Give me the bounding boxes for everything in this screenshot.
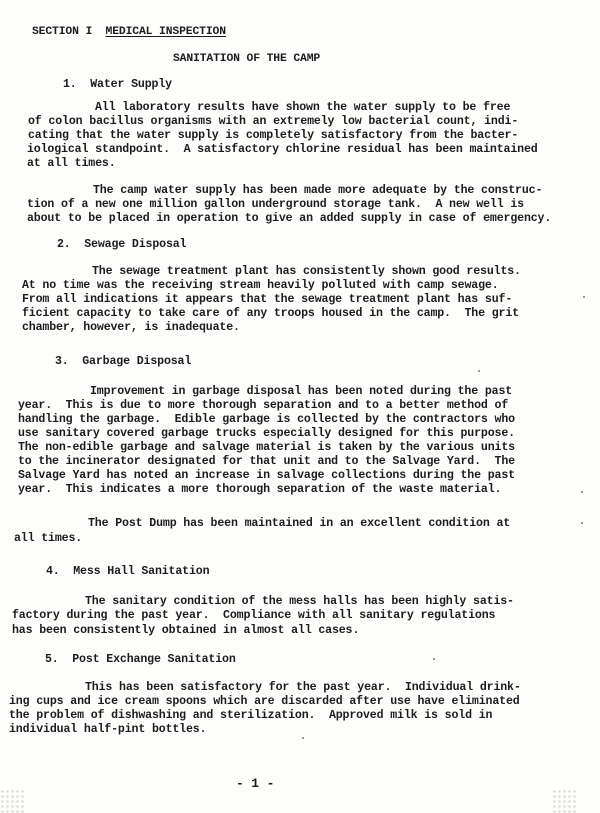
scan-speck bbox=[302, 737, 304, 739]
scan-speck bbox=[581, 522, 583, 524]
section-title: MEDICAL INSPECTION bbox=[106, 26, 226, 38]
scan-speck bbox=[478, 370, 480, 372]
text-line: the problem of dishwashing and steriliza… bbox=[9, 709, 492, 723]
text-line: The Post Dump has been maintained in an … bbox=[88, 517, 510, 531]
subsection-heading-post-exchange-sanitation: 5. Post Exchange Sanitation bbox=[45, 653, 236, 667]
subsection-number: 3. bbox=[55, 355, 69, 368]
text-line: tion of a new one million gallon undergr… bbox=[27, 198, 524, 212]
subsection-heading-sewage-disposal: 2. Sewage Disposal bbox=[57, 238, 186, 252]
text-line: This has been satisfactory for the past … bbox=[85, 681, 521, 695]
text-line: The non-edible garbage and salvage mater… bbox=[18, 441, 515, 455]
document-page: SECTION I MEDICAL INSPECTION SANITATION … bbox=[0, 0, 600, 813]
text-line: year. This is due to more thorough separ… bbox=[18, 399, 508, 413]
section-prefix: SECTION I bbox=[32, 26, 92, 38]
scan-speck bbox=[433, 658, 435, 660]
scan-speck bbox=[581, 491, 583, 493]
scan-noise bbox=[552, 789, 576, 813]
text-line: The camp water supply has been made more… bbox=[93, 184, 542, 198]
text-line: at all times. bbox=[27, 157, 116, 171]
scan-noise bbox=[0, 789, 24, 813]
scan-speck bbox=[583, 296, 585, 298]
text-line: All laboratory results have shown the wa… bbox=[95, 101, 510, 115]
text-line: factory during the past year. Compliance… bbox=[12, 609, 495, 623]
subsection-number: 5. bbox=[45, 653, 59, 666]
text-line: handling the garbage. Edible garbage is … bbox=[18, 413, 515, 427]
subsection-heading-garbage-disposal: 3. Garbage Disposal bbox=[55, 355, 191, 369]
text-line: cating that the water supply is complete… bbox=[28, 129, 518, 143]
subsection-title: Mess Hall Sanitation bbox=[73, 565, 209, 578]
text-line: to the incinerator designated for that u… bbox=[18, 455, 515, 469]
subsection-title: Post Exchange Sanitation bbox=[72, 653, 235, 666]
text-line: has been consistently obtained in almost… bbox=[12, 624, 359, 638]
text-line: From all indications it appears that the… bbox=[22, 293, 512, 307]
text-line: of colon bacillus organisms with an extr… bbox=[28, 115, 518, 129]
text-line: year. This indicates a more thorough sep… bbox=[18, 483, 501, 497]
text-line: ing cups and ice cream spoons which are … bbox=[9, 695, 520, 709]
text-line: ficient capacity to take care of any tro… bbox=[22, 307, 519, 321]
subsection-title: Garbage Disposal bbox=[82, 355, 191, 368]
text-line: chamber, however, is inadequate. bbox=[22, 321, 240, 335]
subsection-number: 4. bbox=[46, 565, 60, 578]
subsection-number: 2. bbox=[57, 238, 71, 251]
text-line: Improvement in garbage disposal has been… bbox=[90, 385, 512, 399]
text-line: all times. bbox=[14, 532, 82, 546]
subsection-heading-water-supply: 1. Water Supply bbox=[63, 78, 172, 92]
subsection-number: 1. bbox=[63, 78, 77, 91]
text-line: about to be placed in operation to give … bbox=[27, 212, 551, 226]
text-line: The sanitary condition of the mess halls… bbox=[85, 595, 514, 609]
text-line: individual half-pint bottles. bbox=[9, 723, 206, 737]
text-line: use sanitary covered garbage trucks espe… bbox=[18, 427, 515, 441]
text-line: The sewage treatment plant has consisten… bbox=[92, 265, 521, 279]
text-line: iological standpoint. A satisfactory chl… bbox=[27, 143, 538, 157]
document-subtitle: SANITATION OF THE CAMP bbox=[173, 52, 320, 66]
page-number: - 1 - bbox=[236, 777, 274, 791]
section-header: SECTION I MEDICAL INSPECTION bbox=[32, 25, 226, 39]
text-line: At no time was the receiving stream heav… bbox=[22, 279, 499, 293]
subsection-title: Water Supply bbox=[90, 78, 172, 91]
subsection-title: Sewage Disposal bbox=[84, 238, 186, 251]
subsection-heading-mess-hall-sanitation: 4. Mess Hall Sanitation bbox=[46, 565, 209, 579]
text-line: Salvage Yard has noted an increase in sa… bbox=[18, 469, 515, 483]
